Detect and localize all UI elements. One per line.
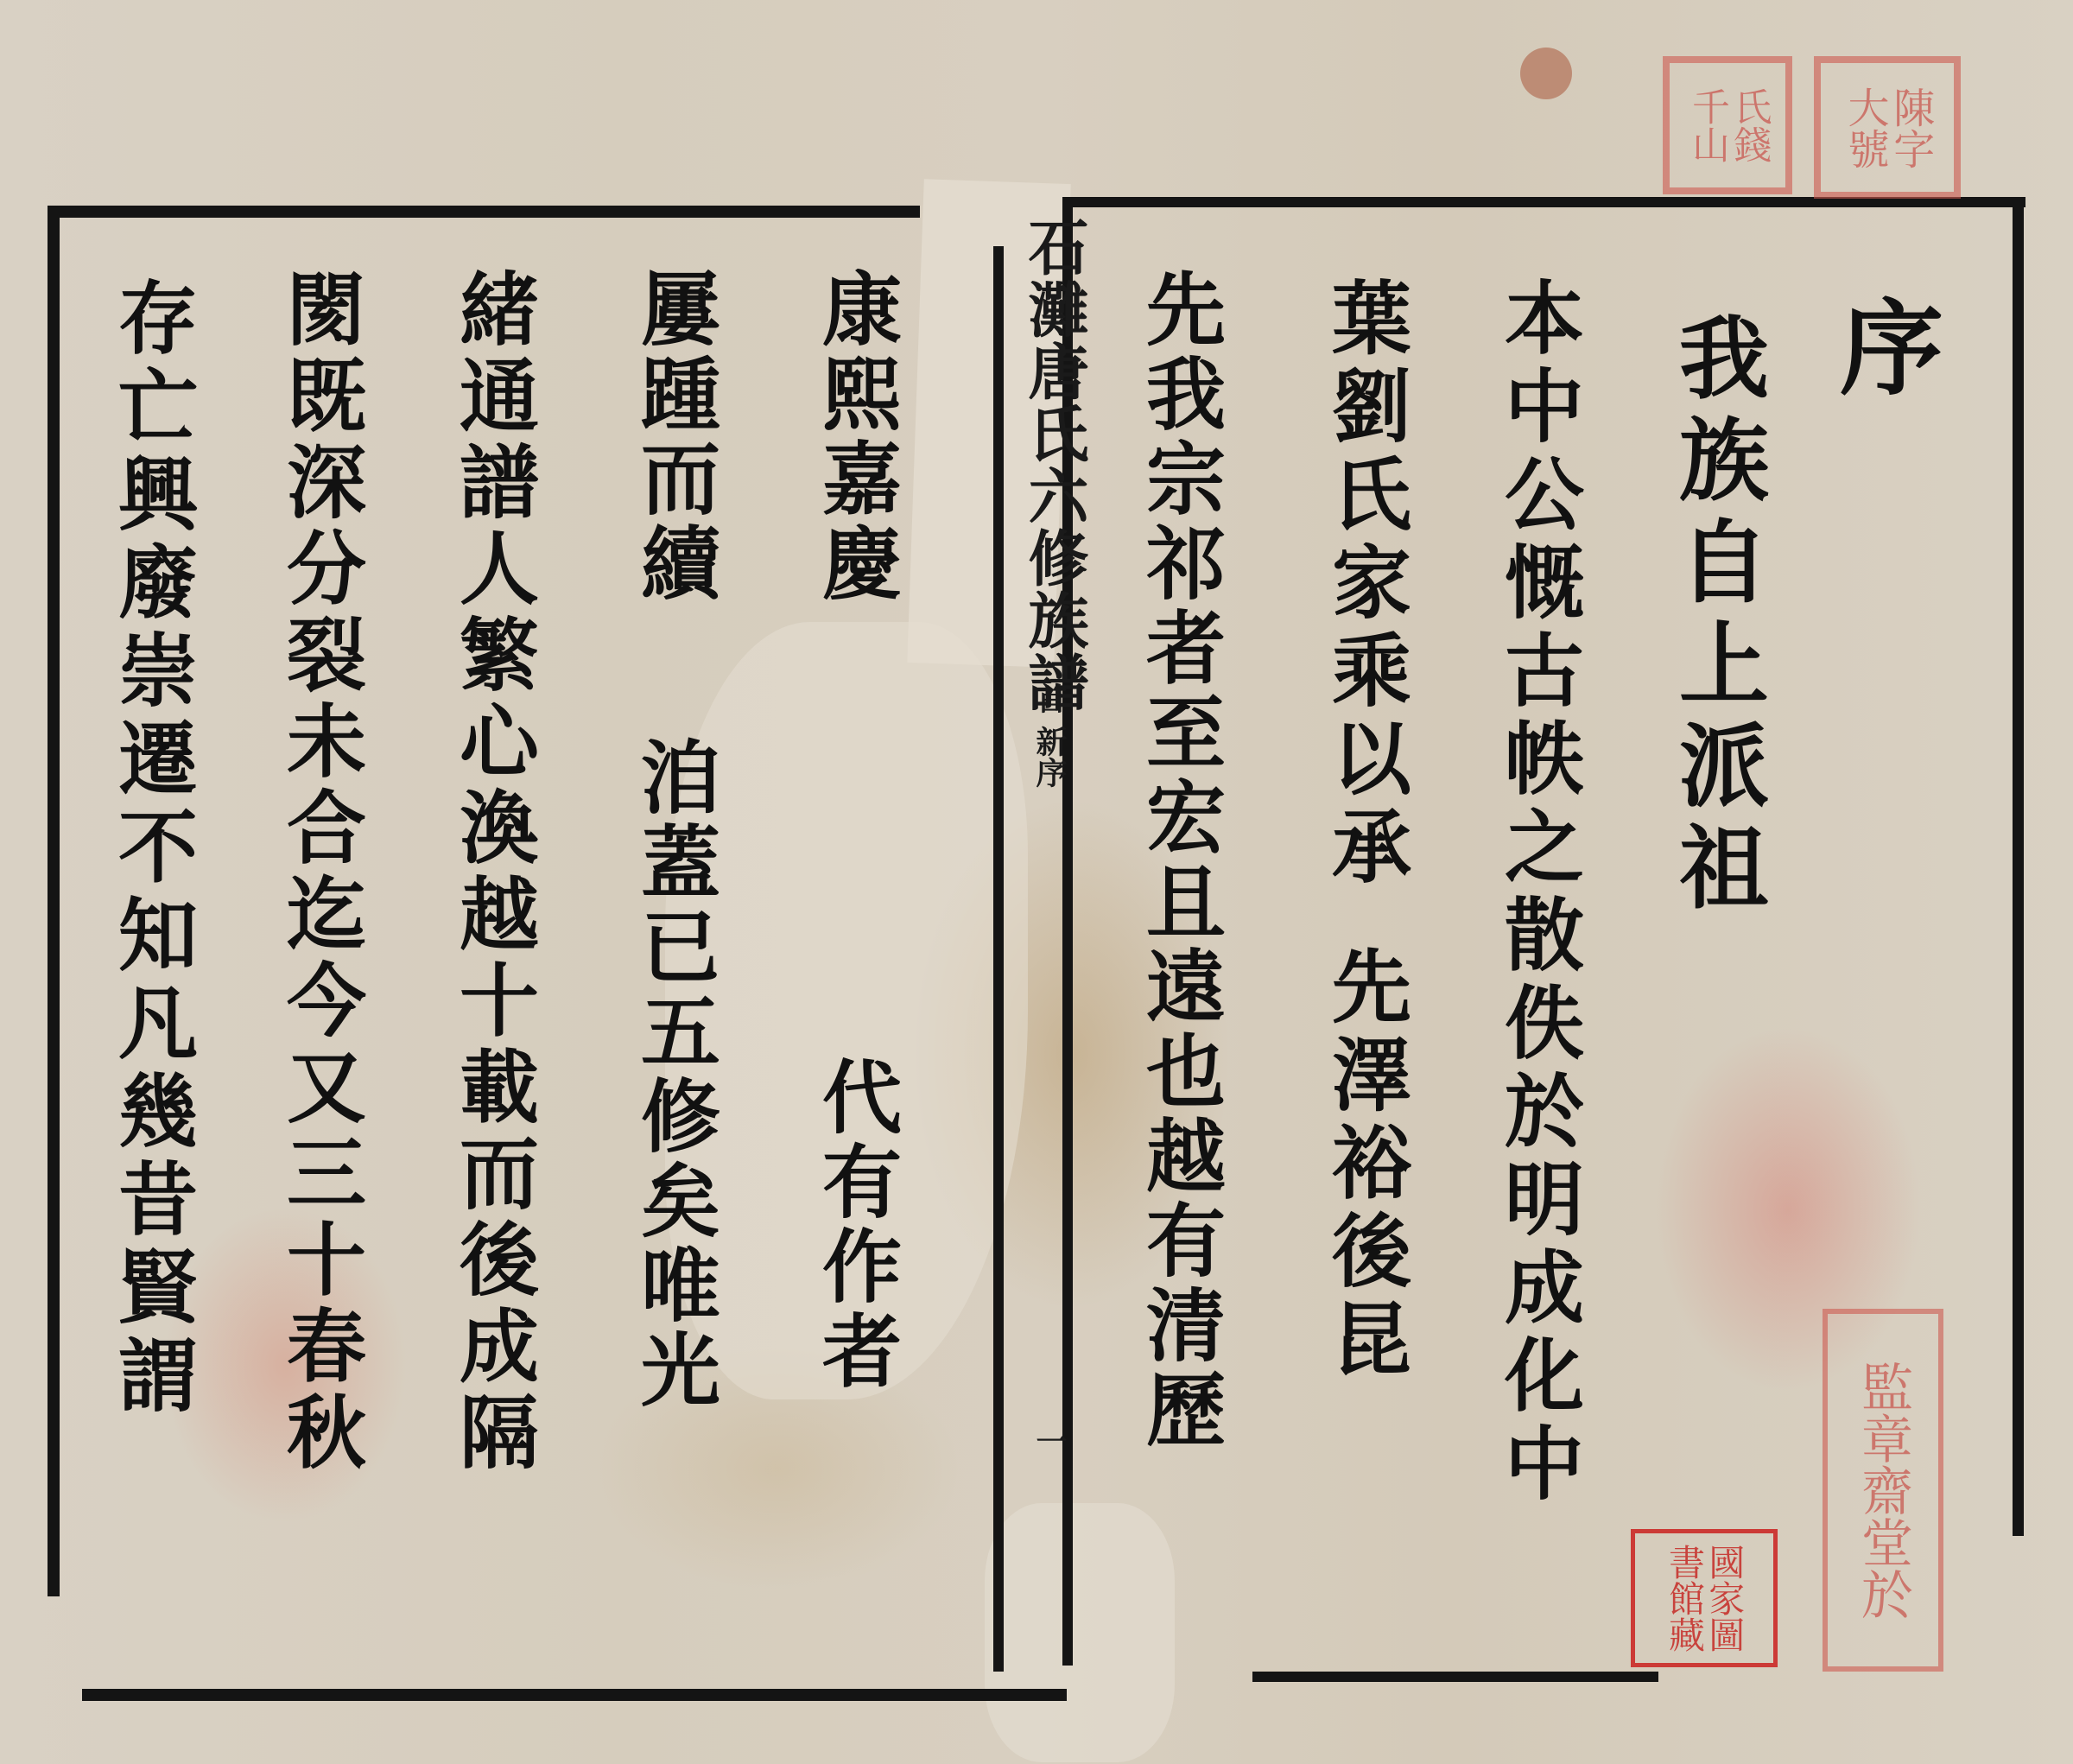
text-column-l1-head: 康熙嘉慶 bbox=[809, 268, 903, 606]
seal-top-left: 氏 錢 千 山 bbox=[1663, 56, 1792, 194]
seal-top-right: 陳 字 大 號 bbox=[1814, 56, 1961, 199]
text-column-l5: 存亡興廢崇遷不知凡幾昔賢謂 bbox=[112, 276, 192, 1422]
stain bbox=[1520, 48, 1572, 99]
torn-paper-patch bbox=[985, 1503, 1175, 1762]
text-column-l4: 閡既深分裂未合迄今又三十春秋 bbox=[281, 268, 360, 1477]
banxin-left-line bbox=[993, 246, 1004, 1672]
right-frame-right bbox=[2013, 197, 2024, 1536]
right-frame-bottom bbox=[1252, 1672, 1658, 1682]
banxin-section: 新序 bbox=[1028, 726, 1072, 788]
seal-national-library: 國 家 圖 書 館 藏 bbox=[1631, 1529, 1778, 1667]
preface-heading: 序 bbox=[1831, 294, 1935, 409]
text-column-l2-head: 屢踵而續 bbox=[628, 268, 721, 606]
text-column-r3: 葉劉氏家乘以承先澤裕後昆 bbox=[1326, 276, 1405, 1386]
text-column-r3-tail: 先澤裕後昆 bbox=[1319, 945, 1412, 1386]
text-column-l2: 屢踵而續洎蓋已五修矣唯光 bbox=[635, 268, 714, 1413]
left-frame-top bbox=[48, 206, 920, 218]
text-column-r4: 先我宗祁者至宏且遠也越有清歷 bbox=[1140, 268, 1220, 1453]
banxin-volume: 首 bbox=[1028, 682, 1072, 714]
text-column-l1: 康熙嘉慶代有作者 bbox=[816, 268, 896, 1394]
text-column-l3: 緒通譜人繁心渙越十載而後成隔 bbox=[453, 268, 533, 1477]
banxin-page-number: 一 bbox=[1028, 1425, 1072, 1456]
text-column-r3-head: 葉劉氏家乘以承 bbox=[1319, 276, 1412, 893]
text-column-l1-tail: 代有作者 bbox=[809, 1056, 903, 1394]
left-frame-bottom bbox=[82, 1689, 1067, 1701]
banxin-title: 石灘唐氏六修族譜 bbox=[1011, 216, 1098, 714]
scanned-page: 石灘唐氏六修族譜 首 新序 一 序 我族自上派祖 本中公慨古帙之散佚於明成化中 … bbox=[0, 0, 2073, 1764]
left-frame-left bbox=[48, 206, 60, 1596]
seal-bottom-right: 監 章 齋 堂 於 bbox=[1823, 1309, 1943, 1672]
text-column-l2-tail: 洎蓋已五修矣唯光 bbox=[628, 736, 721, 1413]
text-column-r2: 本中公慨古帙之散佚於明成化中 bbox=[1499, 276, 1578, 1510]
text-column-r1: 我族自上派祖 bbox=[1671, 311, 1761, 923]
